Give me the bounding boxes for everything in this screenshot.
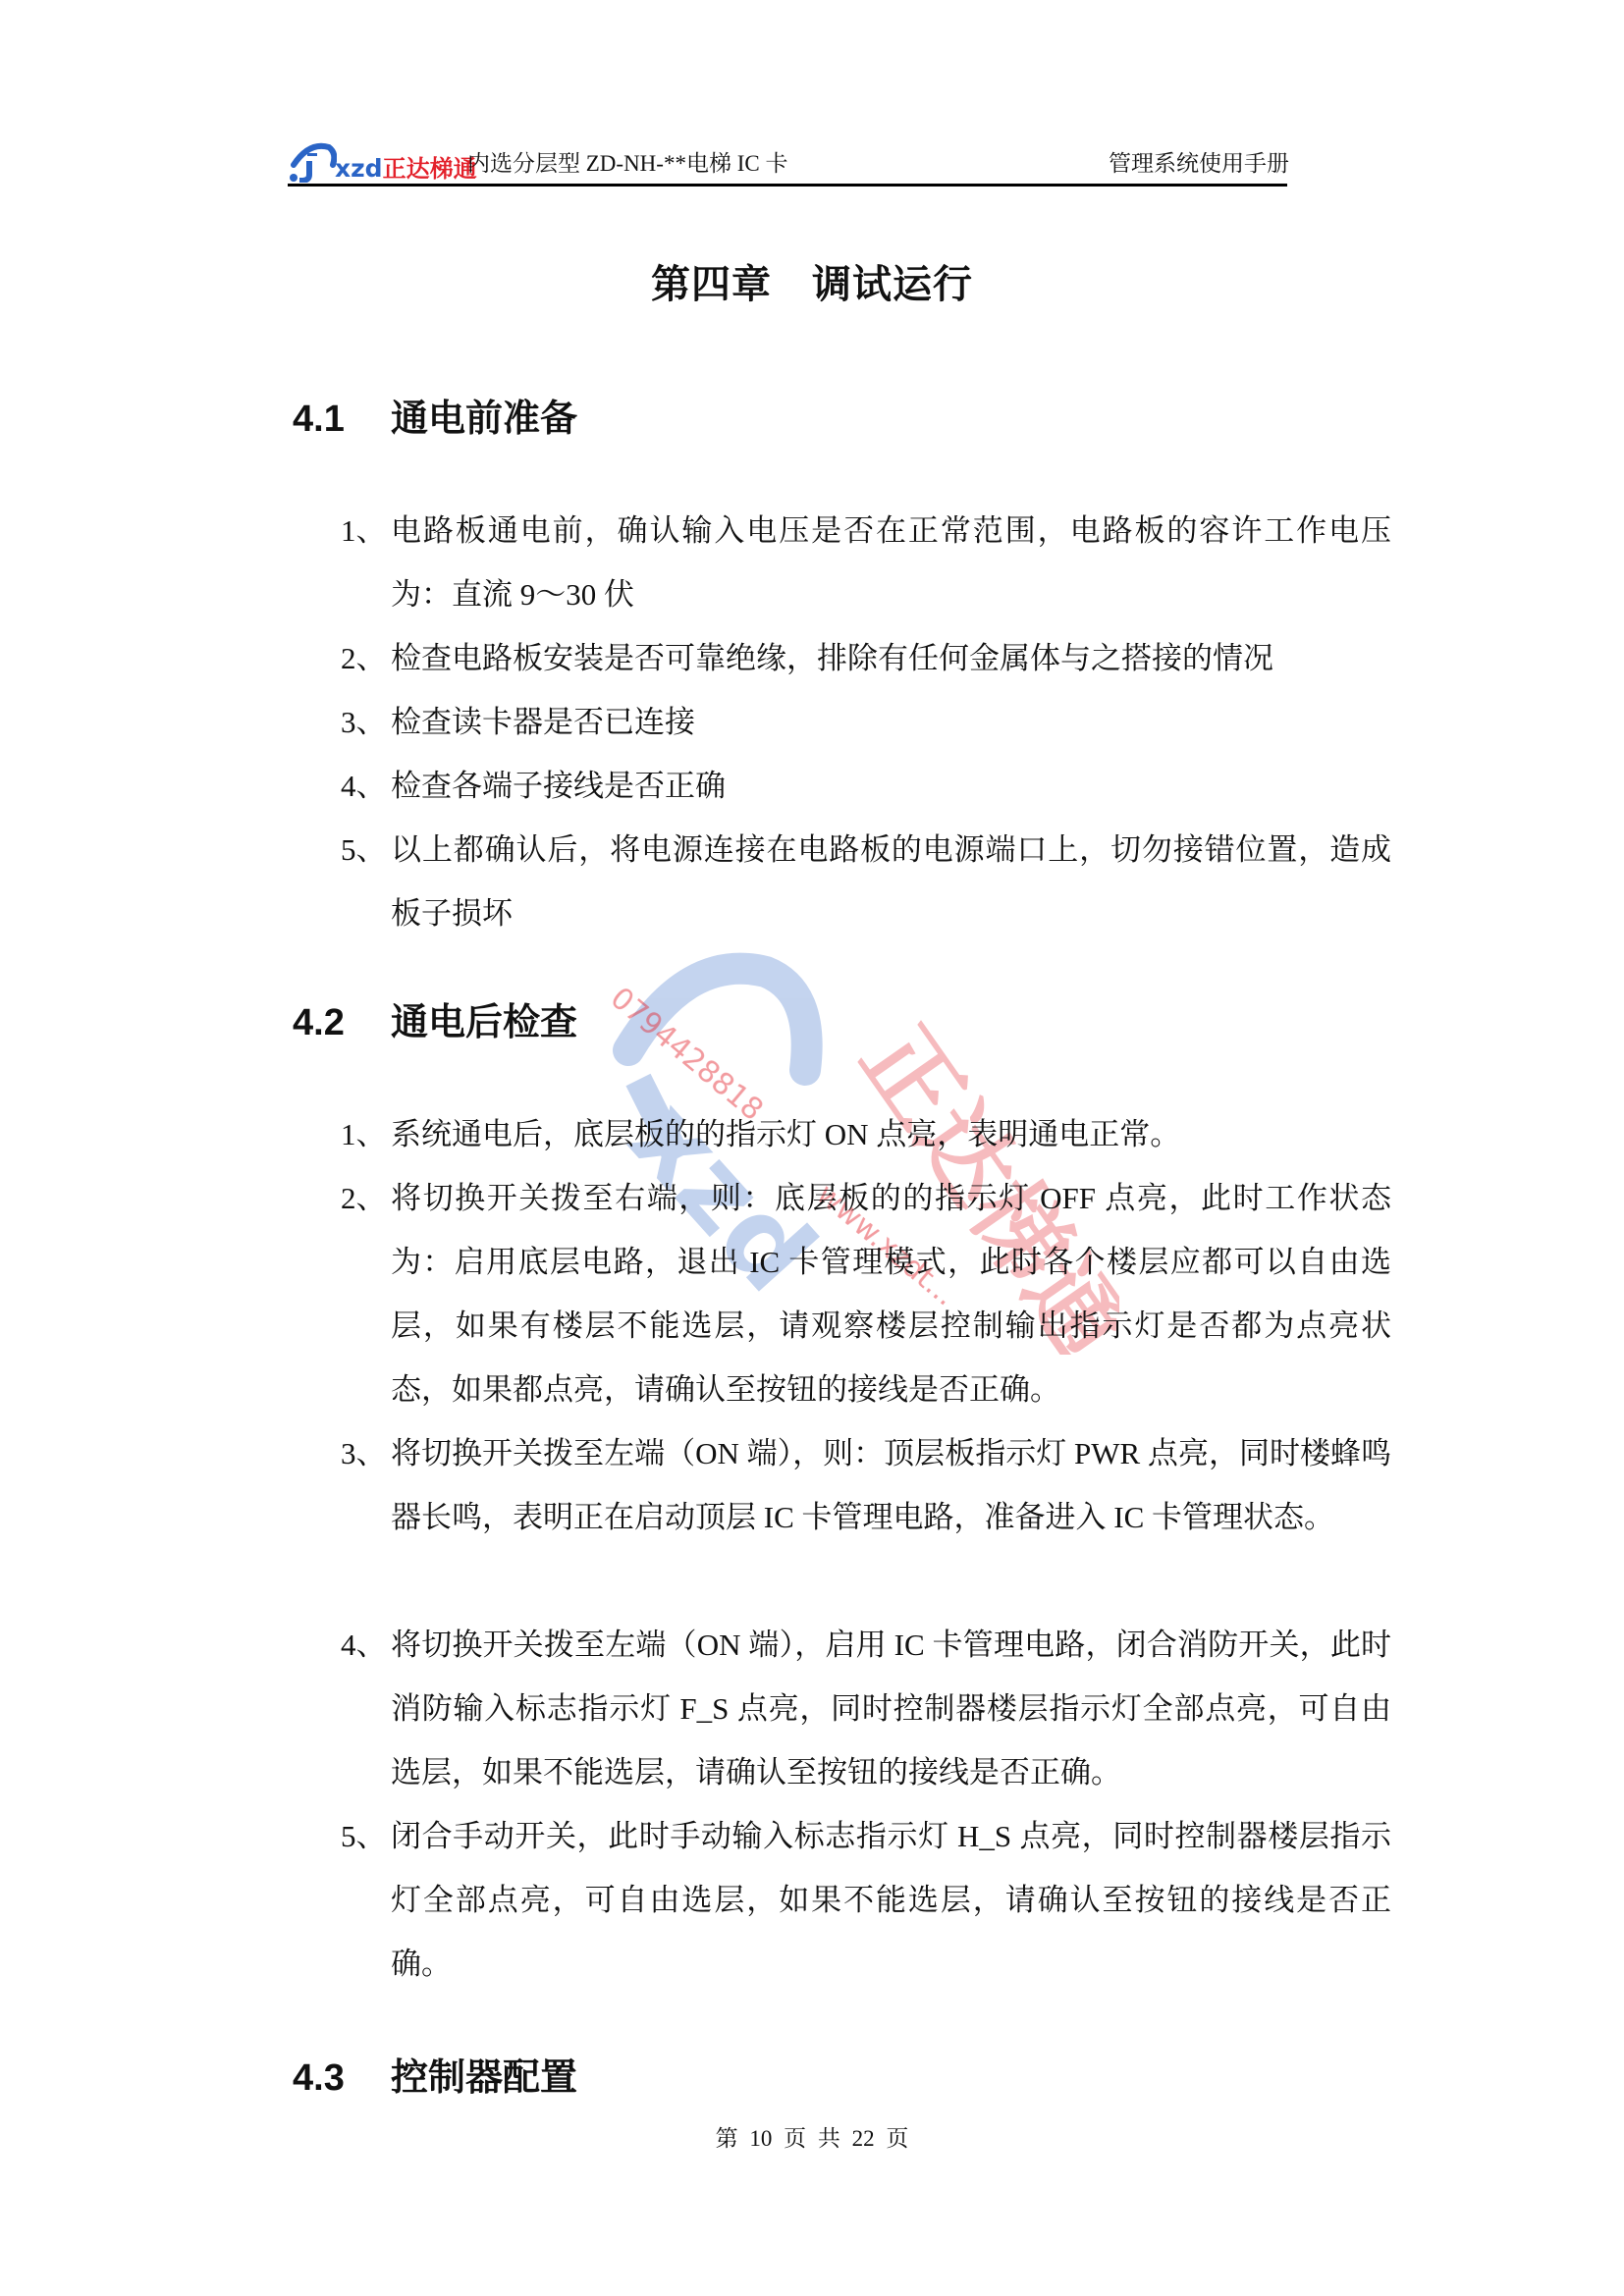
list-item: 4、 检查各端子接线是否正确: [341, 754, 1391, 818]
list-text: 检查读卡器是否已连接: [341, 690, 1391, 754]
section-title: 通电前准备: [391, 397, 577, 440]
list-text: 电路板通电前，确认输入电压是否在正常范围，电路板的容许工作电压为：直流 9～30…: [341, 499, 1391, 626]
list-index: 4、: [341, 1613, 387, 1677]
list-item: 1、 系统通电后，底层板的的指示灯 ON 点亮，表明通电正常。: [341, 1102, 1391, 1166]
list-item: 2、 检查电路板安装是否可靠绝缘，排除有任何金属体与之搭接的情况: [341, 626, 1391, 690]
section-heading-4-2: 4.2通电后检查: [293, 996, 577, 1048]
list-item: 5、 闭合手动开关，此时手动输入标志指示灯 H_S 点亮，同时控制器楼层指示灯全…: [341, 1804, 1391, 1996]
list-item: 3、 检查读卡器是否已连接: [341, 690, 1391, 754]
list-item: 1、 电路板通电前，确认输入电压是否在正常范围，电路板的容许工作电压为：直流 9…: [341, 499, 1391, 626]
list-text: 以上都确认后，将电源连接在电路板的电源端口上，切勿接错位置，造成板子损坏: [341, 818, 1391, 945]
list-text: 检查各端子接线是否正确: [341, 754, 1391, 818]
section-number: 4.2: [293, 997, 391, 1048]
list-index: 5、: [341, 1804, 387, 1868]
list-text: 系统通电后，底层板的的指示灯 ON 点亮，表明通电正常。: [341, 1102, 1391, 1166]
list-index: 1、: [341, 1102, 387, 1166]
section-title: 控制器配置: [391, 2056, 577, 2099]
logo-brand-name: 正达梯通: [383, 155, 477, 183]
page-number: 第 10 页 共 22 页: [0, 2124, 1624, 2154]
list-item: 5、 以上都确认后，将电源连接在电路板的电源端口上，切勿接错位置，造成板子损坏: [341, 818, 1391, 945]
document-manual-title: 管理系统使用手册: [1109, 149, 1289, 179]
list-index: 1、: [341, 499, 387, 562]
list-index: 3、: [341, 690, 387, 754]
list-index: 2、: [341, 626, 387, 690]
house-logo-icon: [288, 139, 337, 183]
page-header: xzd 正达梯通 内选分层型 ZD-NH-**电梯 IC 卡 管理系统使用手册: [288, 135, 1289, 185]
list-index: 5、: [341, 818, 387, 881]
section-number: 4.1: [293, 394, 391, 445]
logo-latin-text: xzd: [335, 155, 383, 183]
list-text: 将切换开关拨至左端（ON 端），启用 IC 卡管理电路，闭合消防开关，此时消防输…: [341, 1613, 1391, 1804]
list-item: 4、 将切换开关拨至左端（ON 端），启用 IC 卡管理电路，闭合消防开关，此时…: [341, 1613, 1391, 1804]
list-index: 4、: [341, 754, 387, 818]
section-number: 4.3: [293, 2053, 391, 2104]
list-item: 3、 将切换开关拨至左端（ON 端），则：顶层板指示灯 PWR 点亮，同时楼蜂鸣…: [341, 1421, 1391, 1549]
list-item: 2、 将切换开关拨至右端，则：底层板的的指示灯 OFF 点亮，此时工作状态为：启…: [341, 1166, 1391, 1421]
section-heading-4-3: 4.3控制器配置: [293, 2052, 577, 2104]
header-divider: [288, 184, 1287, 187]
list-text: 将切换开关拨至左端（ON 端），则：顶层板指示灯 PWR 点亮，同时楼蜂鸣器长鸣…: [341, 1421, 1391, 1549]
list-index: 2、: [341, 1166, 387, 1230]
document-product-title: 内选分层型 ZD-NH-**电梯 IC 卡: [467, 149, 787, 179]
section-title: 通电后检查: [391, 1000, 577, 1043]
brand-logo: xzd 正达梯通: [288, 139, 477, 183]
list-text: 将切换开关拨至右端，则：底层板的的指示灯 OFF 点亮，此时工作状态为：启用底层…: [341, 1166, 1391, 1421]
section-heading-4-1: 4.1通电前准备: [293, 393, 577, 445]
chapter-title: 第四章 调试运行: [0, 257, 1624, 312]
list-text: 检查电路板安装是否可靠绝缘，排除有任何金属体与之搭接的情况: [341, 626, 1391, 690]
list-index: 3、: [341, 1421, 387, 1485]
list-text: 闭合手动开关，此时手动输入标志指示灯 H_S 点亮，同时控制器楼层指示灯全部点亮…: [341, 1804, 1391, 1996]
